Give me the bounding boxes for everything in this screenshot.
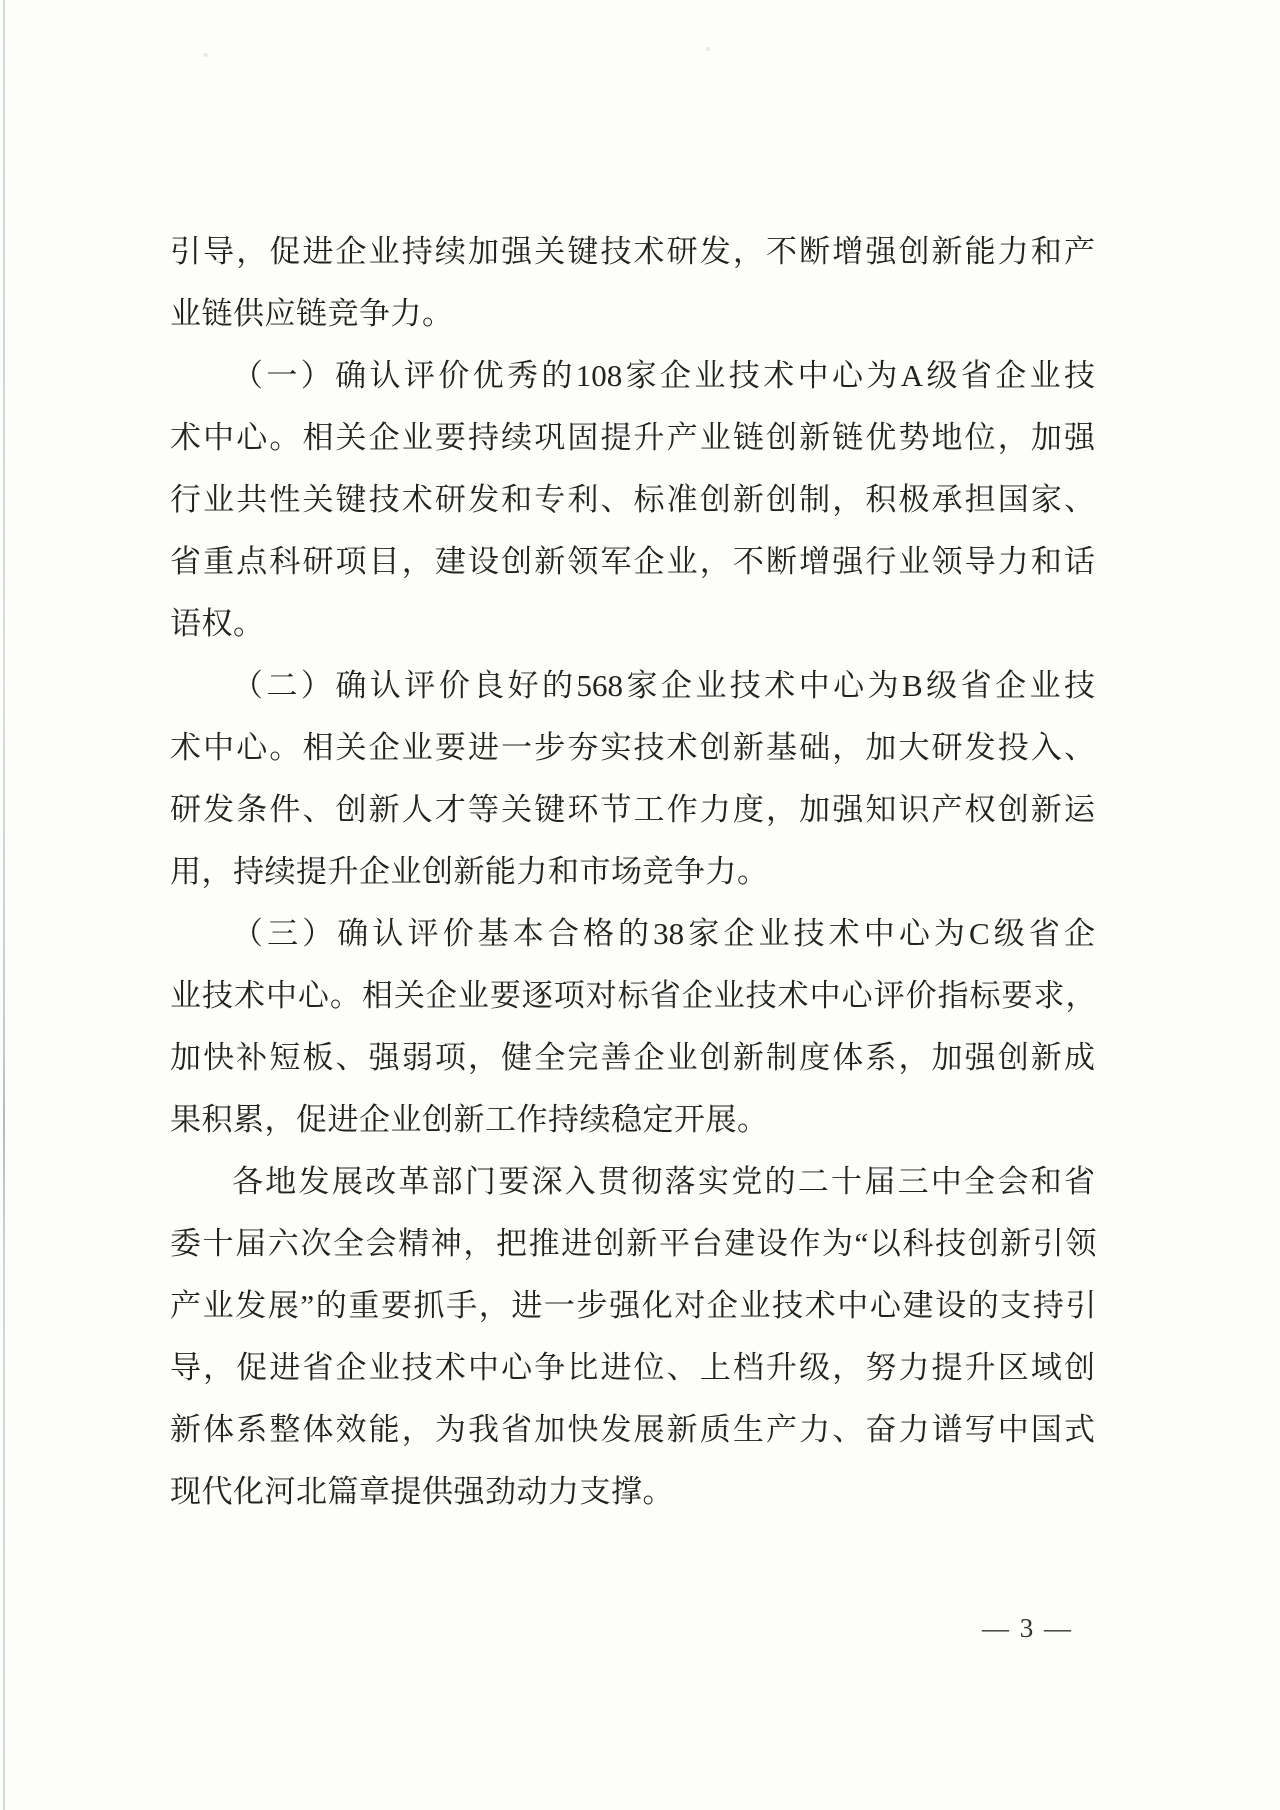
- text-line: 果积累，促进企业创新工作持续稳定开展。: [170, 1089, 1095, 1151]
- text-line: 业链供应链竞争力。: [170, 283, 1095, 345]
- scan-speck: [203, 53, 208, 57]
- text-line: 引导，促进企业持续加强关键技术研发，不断增强创新能力和产: [170, 221, 1095, 283]
- text-line: 现代化河北篇章提供强劲动力支撑。: [170, 1461, 1095, 1523]
- text-line: 用，持续提升企业创新能力和市场竞争力。: [170, 841, 1095, 903]
- text-line: （二）确认评价良好的568家企业技术中心为B级省企业技: [170, 655, 1095, 717]
- text-line: 研发条件、创新人才等关键环节工作力度，加强知识产权创新运: [170, 779, 1095, 841]
- text-line: 各地发展改革部门要深入贯彻落实党的二十届三中全会和省: [170, 1151, 1095, 1213]
- text-line: （三）确认评价基本合格的38家企业技术中心为C级省企: [170, 903, 1095, 965]
- text-line: 术中心。相关企业要持续巩固提升产业链创新链优势地位，加强: [170, 407, 1095, 469]
- text-line: 省重点科研项目，建设创新领军企业，不断增强行业领导力和话: [170, 531, 1095, 593]
- text-line: 导，促进省企业技术中心争比进位、上档升级，努力提升区域创: [170, 1337, 1095, 1399]
- document-page: 引导，促进企业持续加强关键技术研发，不断增强创新能力和产业链供应链竞争力。（一）…: [0, 0, 1280, 1810]
- text-lines: 引导，促进企业持续加强关键技术研发，不断增强创新能力和产业链供应链竞争力。（一）…: [170, 221, 1095, 1523]
- text-line: 行业共性关键技术研发和专利、标准创新创制，积极承担国家、: [170, 469, 1095, 531]
- page-number: — 3 —: [982, 1608, 1073, 1648]
- text-line: 语权。: [170, 593, 1095, 655]
- scan-speck: [706, 47, 710, 51]
- text-line: 加快补短板、强弱项，健全完善企业创新制度体系，加强创新成: [170, 1027, 1095, 1089]
- text-line: （一）确认评价优秀的108家企业技术中心为A级省企业技: [170, 345, 1095, 407]
- scan-edge-artifact: [3, 0, 5, 1810]
- text-line: 术中心。相关企业要进一步夯实技术创新基础，加大研发投入、: [170, 717, 1095, 779]
- text-line: 业技术中心。相关企业要逐项对标省企业技术中心评价指标要求，: [170, 965, 1095, 1027]
- text-line: 委十届六次全会精神，把推进创新平台建设作为“以科技创新引领: [170, 1213, 1095, 1275]
- text-line: 产业发展”的重要抓手，进一步强化对企业技术中心建设的支持引: [170, 1275, 1095, 1337]
- text-line: 新体系整体效能，为我省加快发展新质生产力、奋力谱写中国式: [170, 1399, 1095, 1461]
